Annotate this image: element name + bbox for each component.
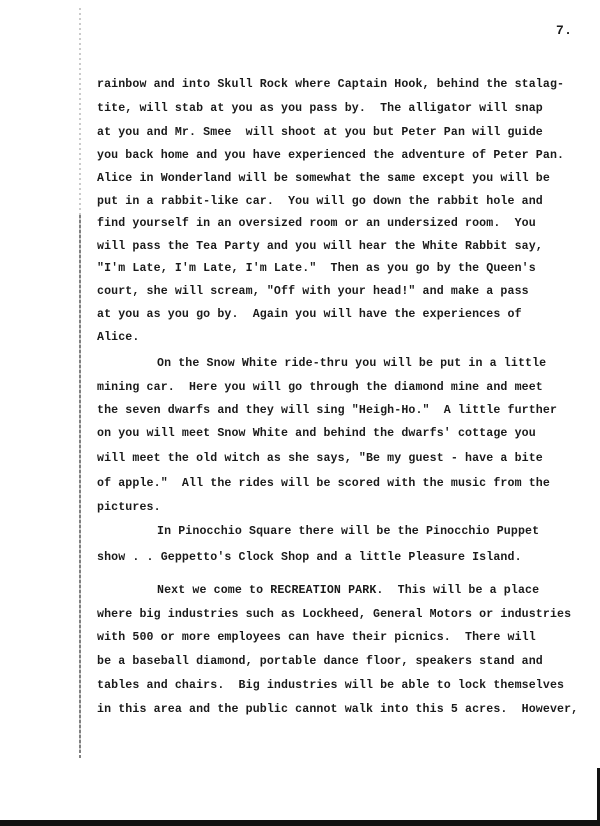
- text-line: with 500 or more employees can have thei…: [97, 631, 536, 645]
- text-line: "I'm Late, I'm Late, I'm Late." Then as …: [97, 262, 536, 276]
- text-line: at you and Mr. Smee will shoot at you bu…: [97, 126, 543, 140]
- text-line: Alice in Wonderland will be somewhat the…: [97, 172, 550, 186]
- text-line: court, she will scream, "Off with your h…: [97, 285, 529, 299]
- text-line: at you as you go by. Again you will have…: [97, 308, 522, 322]
- text-line: On the Snow White ride-thru you will be …: [157, 357, 546, 371]
- text-line: will pass the Tea Party and you will hea…: [97, 240, 543, 254]
- text-line: where big industries such as Lockheed, G…: [97, 608, 571, 622]
- text-line: mining car. Here you will go through the…: [97, 381, 543, 395]
- text-line: will meet the old witch as she says, "Be…: [97, 452, 543, 466]
- text-line: show . . Geppetto's Clock Shop and a lit…: [97, 551, 522, 565]
- text-line: in this area and the public cannot walk …: [97, 703, 578, 717]
- text-line: be a baseball diamond, portable dance fl…: [97, 655, 543, 669]
- text-line: of apple." All the rides will be scored …: [97, 477, 550, 491]
- scan-edge-bottom: [0, 820, 600, 826]
- binding-margin-artifact-dark: [79, 215, 81, 760]
- page-number: 7.: [556, 23, 572, 38]
- text-line: the seven dwarfs and they will sing "Hei…: [97, 404, 557, 418]
- text-line: find yourself in an oversized room or an…: [97, 217, 536, 231]
- text-line: pictures.: [97, 501, 161, 515]
- text-line: on you will meet Snow White and behind t…: [97, 427, 536, 441]
- text-line: tite, will stab at you as you pass by. T…: [97, 102, 543, 116]
- text-line: put in a rabbit-like car. You will go do…: [97, 195, 543, 209]
- text-line: In Pinocchio Square there will be the Pi…: [157, 525, 539, 539]
- text-line: tables and chairs. Big industries will b…: [97, 679, 564, 693]
- document-page: 7. rainbow and into Skull Rock where Cap…: [0, 0, 600, 826]
- text-line: Next we come to RECREATION PARK. This wi…: [157, 584, 539, 598]
- text-line: Alice.: [97, 331, 139, 345]
- text-line: rainbow and into Skull Rock where Captai…: [97, 78, 564, 92]
- text-line: you back home and you have experienced t…: [97, 149, 564, 163]
